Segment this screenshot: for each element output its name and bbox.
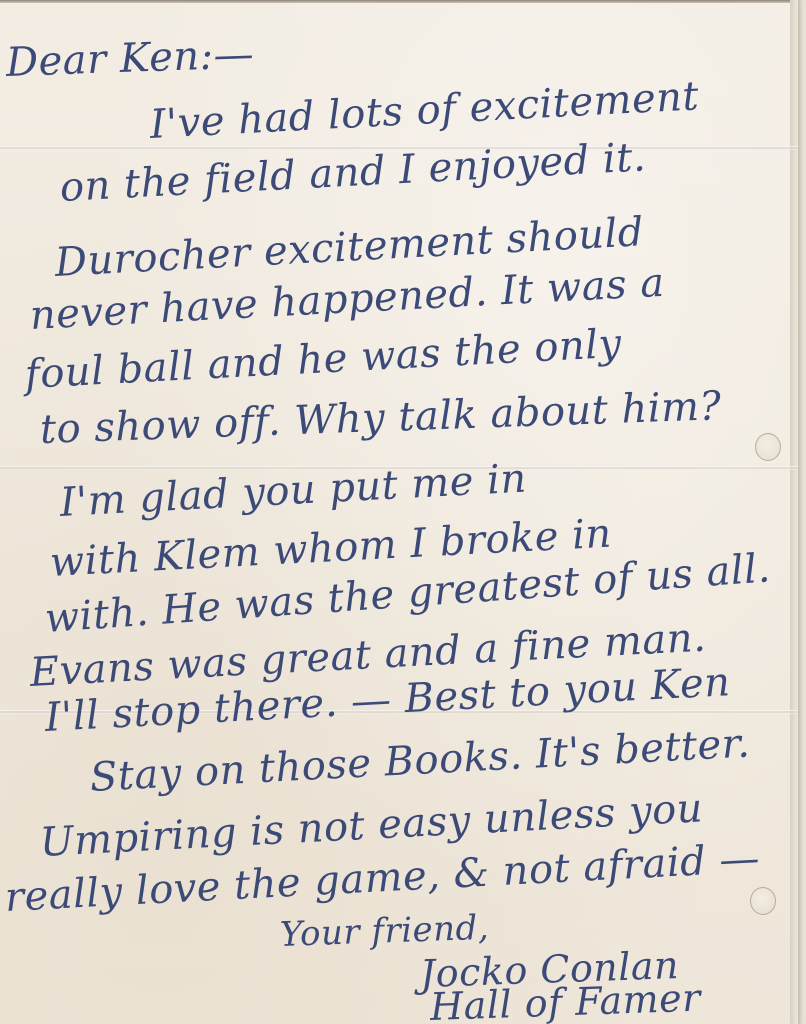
letter-page: Dear Ken:— I've had lots of excitement o… <box>0 0 799 1024</box>
punch-hole <box>755 433 781 461</box>
signature-title: Hall of Famer <box>429 976 701 1024</box>
closing: Your friend, <box>279 908 490 955</box>
paper-top-edge <box>0 0 798 3</box>
punch-hole <box>750 887 776 915</box>
letter-line: to show off. Why talk about him? <box>39 383 722 453</box>
paper-right-edge <box>790 0 798 1024</box>
salutation: Dear Ken:— <box>5 31 255 86</box>
